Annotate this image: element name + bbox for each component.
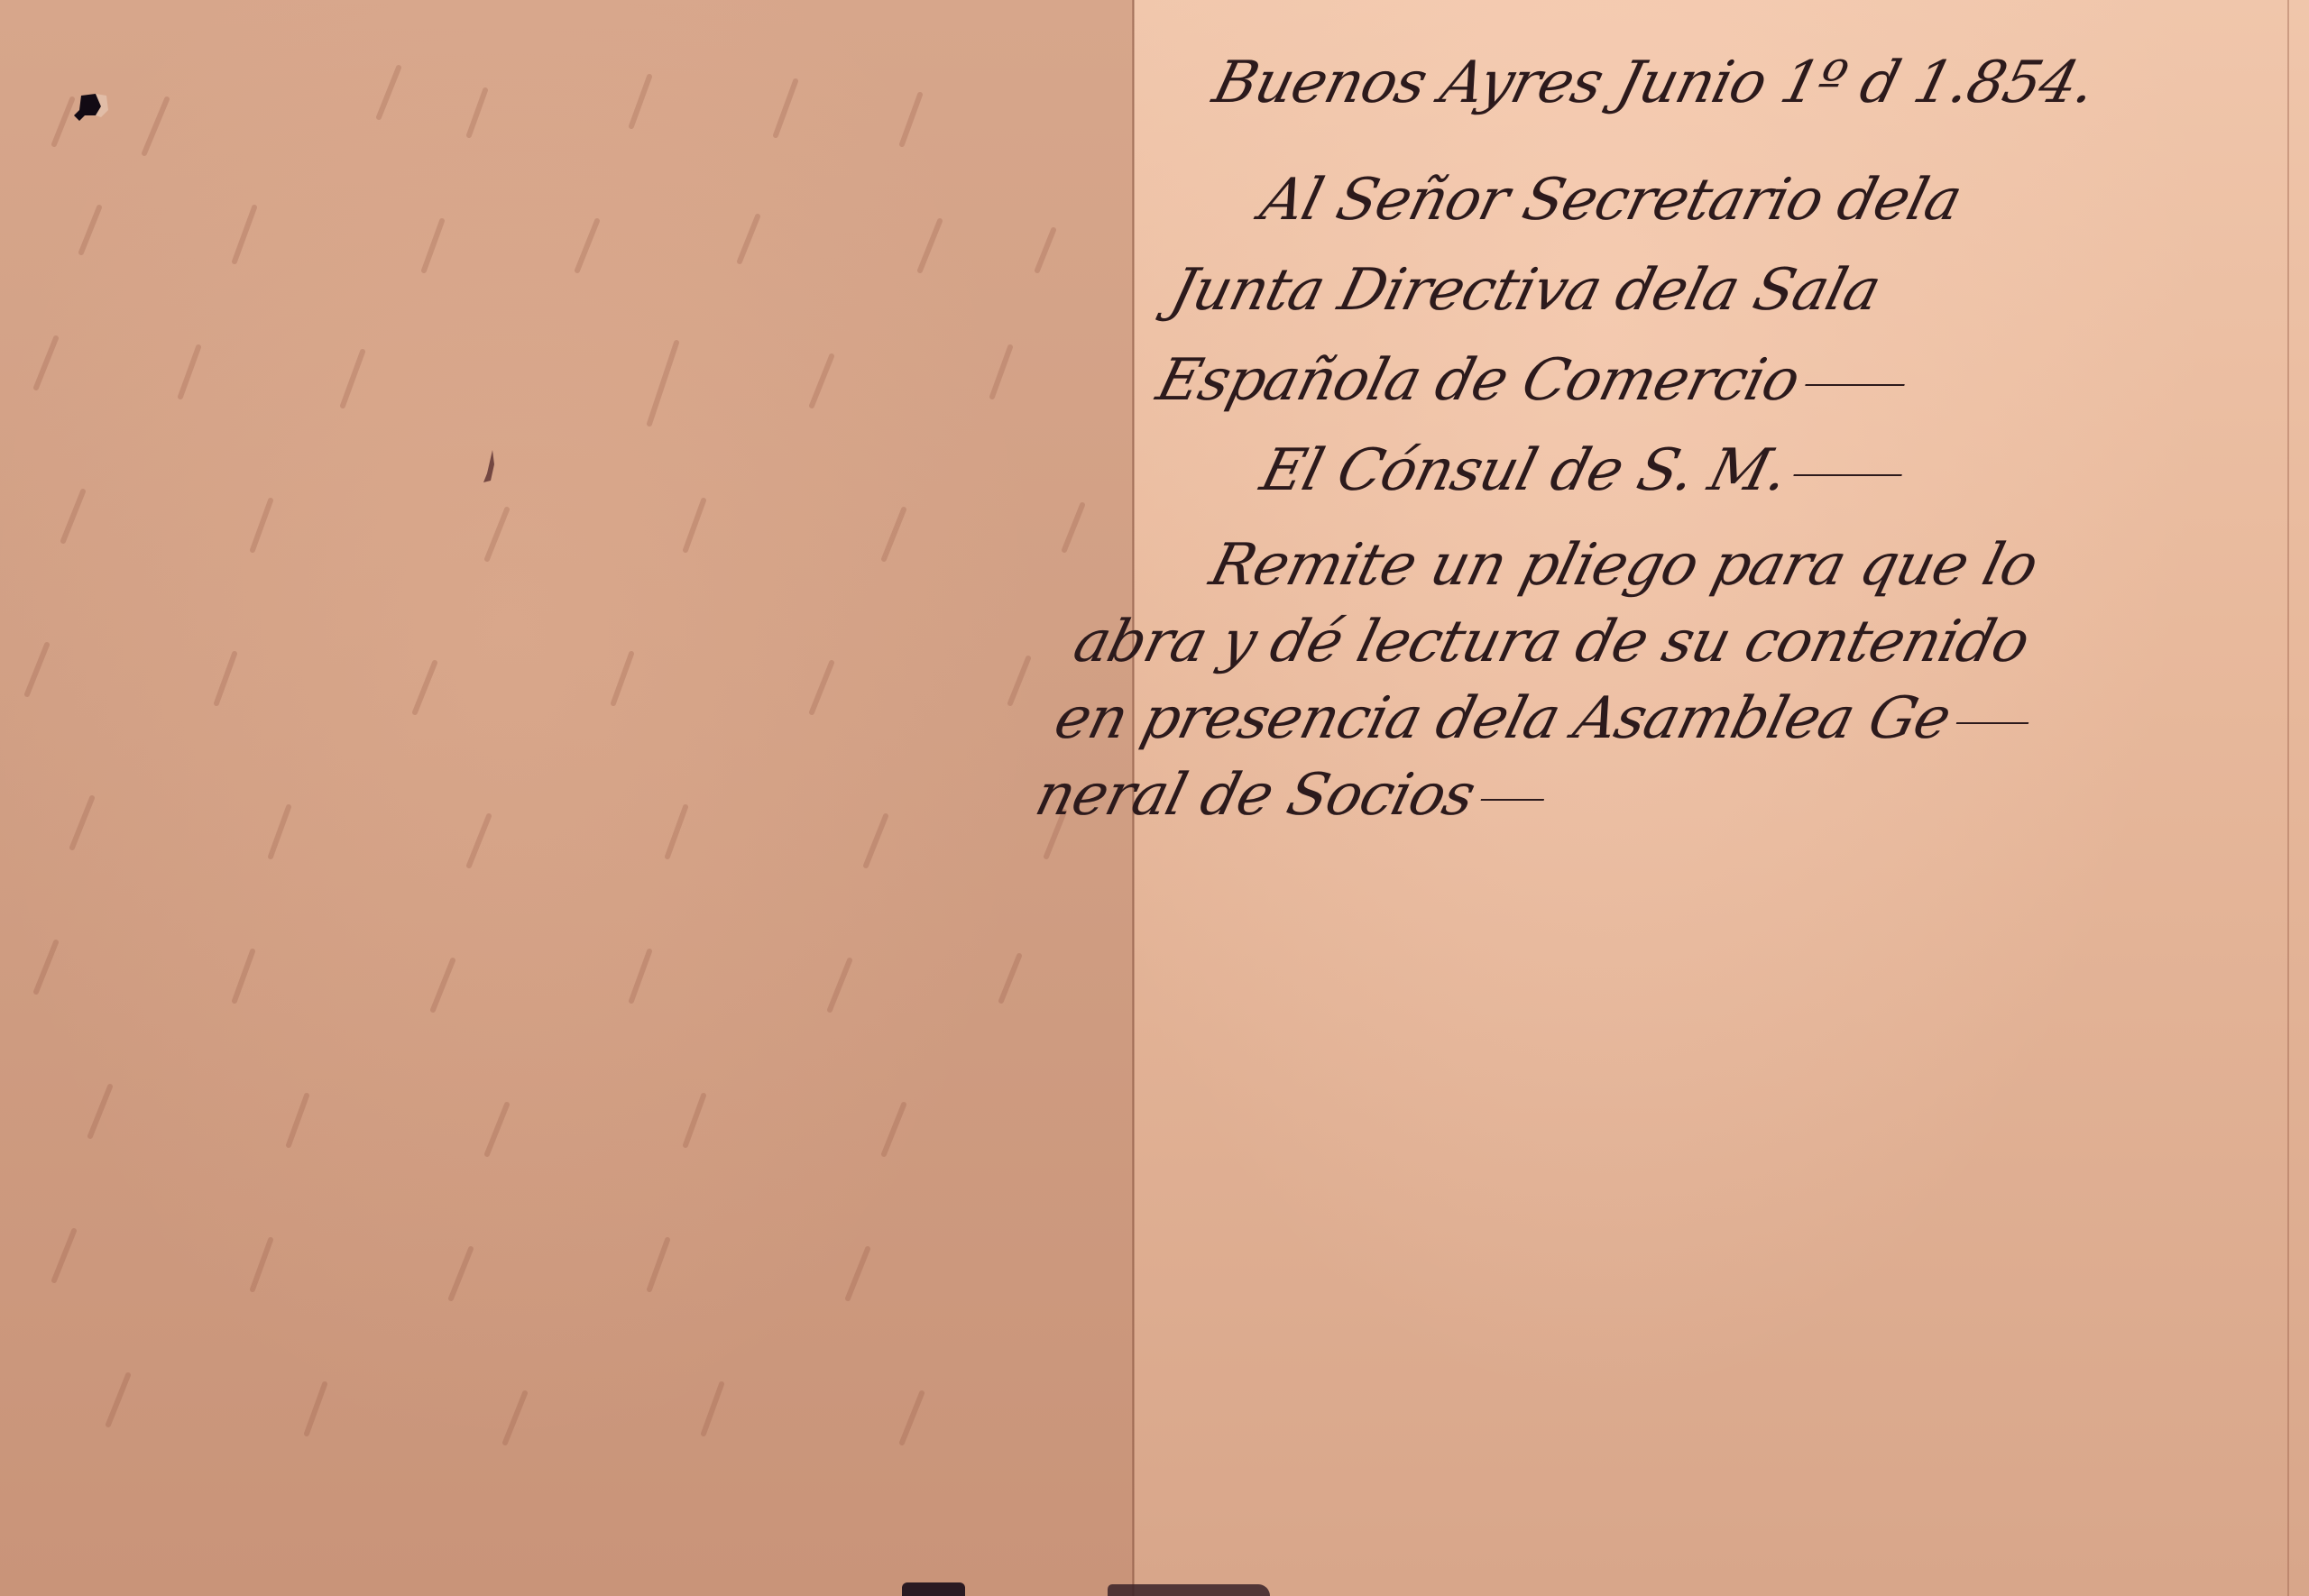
paper-hole: [69, 88, 110, 126]
sender-line: El Cónsul de S. M.: [1256, 442, 1910, 500]
body-line-3: en presencia dela Asamblea Ge: [1049, 690, 2037, 748]
hyphen-dash: [1956, 722, 2028, 724]
ink-bleed-through: [0, 0, 1134, 1596]
bottom-edge-shadow: [1108, 1584, 1270, 1596]
document-spread: Buenos Ayres Junio 1º d 1.854. Al Señor …: [0, 0, 2309, 1596]
addressee-line-1: Al Señor Secretario dela: [1256, 171, 1967, 229]
flourish-dash: [1481, 799, 1544, 801]
addressee-line-3: Española de Comercio: [1152, 352, 1913, 409]
addressee-line-2: Junta Directiva dela Sala: [1165, 261, 1886, 319]
body-line-2: abra y dé lectura de su contenido: [1068, 613, 2034, 671]
page-edge: [2287, 0, 2289, 1596]
dateline: Buenos Ayres Junio 1º d 1.854.: [1208, 54, 2101, 112]
flourish-dash: [1794, 474, 1902, 476]
ink-speck: [478, 446, 500, 488]
flourish-dash: [1805, 384, 1904, 386]
left-page: [0, 0, 1134, 1596]
bottom-edge-damage: [902, 1582, 965, 1596]
body-line-1: Remite un pliego para que lo: [1205, 537, 2043, 594]
body-line-4: neral de Socios: [1030, 766, 1552, 824]
